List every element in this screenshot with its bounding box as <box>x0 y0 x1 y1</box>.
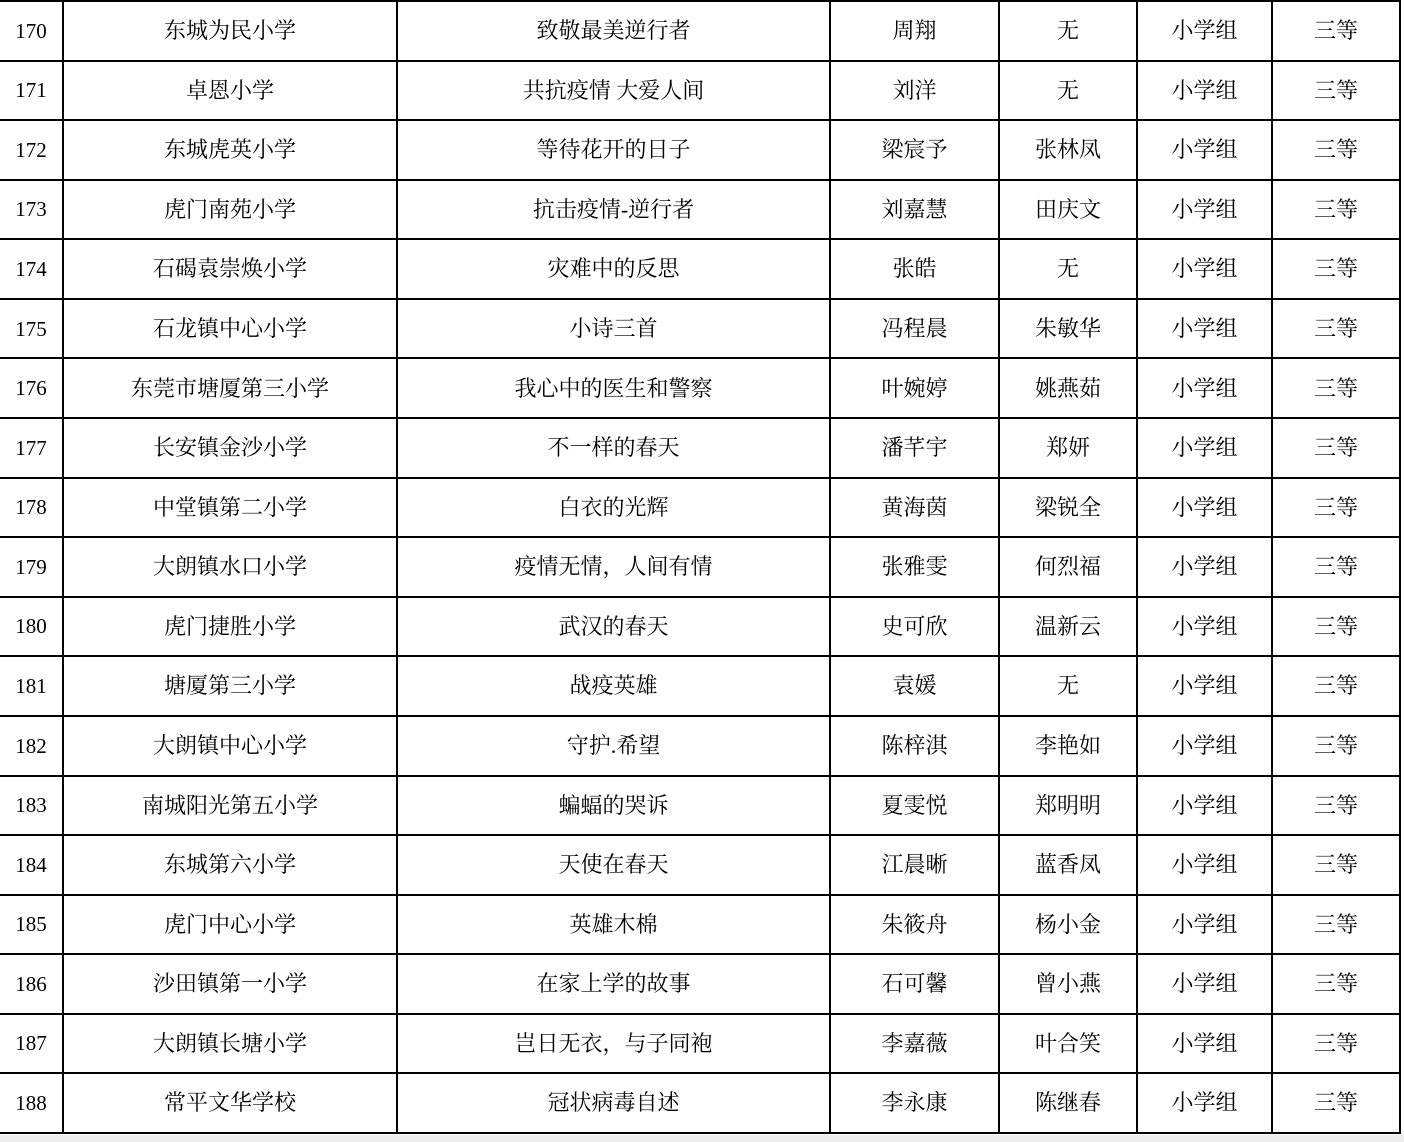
author-cell: 黄海茵 <box>830 478 999 538</box>
work-title-cell: 冠状病毒自述 <box>397 1073 830 1133</box>
award-cell: 三等 <box>1272 1 1400 61</box>
award-cell: 三等 <box>1272 954 1400 1014</box>
group-cell: 小学组 <box>1137 180 1272 240</box>
rank-number-cell: 170 <box>0 1 63 61</box>
table-row: 183 南城阳光第五小学 蝙蝠的哭诉 夏雯悦 郑明明 小学组 三等 <box>0 776 1400 836</box>
table-row: 170 东城为民小学 致敬最美逆行者 周翔 无 小学组 三等 <box>0 1 1400 61</box>
work-title-cell: 天使在春天 <box>397 835 830 895</box>
school-cell: 石碣袁崇焕小学 <box>63 239 397 299</box>
instructor-cell: 无 <box>999 61 1137 121</box>
rank-number-cell: 184 <box>0 835 63 895</box>
rank-number-cell: 179 <box>0 537 63 597</box>
document-sheet: 170 东城为民小学 致敬最美逆行者 周翔 无 小学组 三等 171 卓恩小学 … <box>0 0 1404 1142</box>
group-cell: 小学组 <box>1137 358 1272 418</box>
group-cell: 小学组 <box>1137 895 1272 955</box>
school-cell: 虎门南苑小学 <box>63 180 397 240</box>
award-cell: 三等 <box>1272 1073 1400 1133</box>
work-title-cell: 抗击疫情-逆行者 <box>397 180 830 240</box>
rank-number-cell: 174 <box>0 239 63 299</box>
award-cell: 三等 <box>1272 895 1400 955</box>
author-cell: 袁媛 <box>830 656 999 716</box>
instructor-cell: 张林凤 <box>999 120 1137 180</box>
work-title-cell: 在家上学的故事 <box>397 954 830 1014</box>
rank-number-cell: 178 <box>0 478 63 538</box>
work-title-cell: 疫情无情，人间有情 <box>397 537 830 597</box>
award-cell: 三等 <box>1272 716 1400 776</box>
author-cell: 李永康 <box>830 1073 999 1133</box>
author-cell: 叶婉婷 <box>830 358 999 418</box>
table-row: 178 中堂镇第二小学 白衣的光辉 黄海茵 梁锐全 小学组 三等 <box>0 478 1400 538</box>
group-cell: 小学组 <box>1137 418 1272 478</box>
school-cell: 虎门中心小学 <box>63 895 397 955</box>
work-title-cell: 共抗疫情 大爱人间 <box>397 61 830 121</box>
author-cell: 梁宸予 <box>830 120 999 180</box>
work-title-cell: 不一样的春天 <box>397 418 830 478</box>
table-row: 171 卓恩小学 共抗疫情 大爱人间 刘洋 无 小学组 三等 <box>0 61 1400 121</box>
rank-number-cell: 183 <box>0 776 63 836</box>
award-cell: 三等 <box>1272 418 1400 478</box>
school-cell: 中堂镇第二小学 <box>63 478 397 538</box>
work-title-cell: 战疫英雄 <box>397 656 830 716</box>
award-cell: 三等 <box>1272 61 1400 121</box>
group-cell: 小学组 <box>1137 1014 1272 1074</box>
group-cell: 小学组 <box>1137 1073 1272 1133</box>
instructor-cell: 田庆文 <box>999 180 1137 240</box>
rank-number-cell: 186 <box>0 954 63 1014</box>
instructor-cell: 李艳如 <box>999 716 1137 776</box>
rank-number-cell: 188 <box>0 1073 63 1133</box>
instructor-cell: 无 <box>999 239 1137 299</box>
author-cell: 周翔 <box>830 1 999 61</box>
author-cell: 冯程晨 <box>830 299 999 359</box>
author-cell: 张雅雯 <box>830 537 999 597</box>
award-cell: 三等 <box>1272 1014 1400 1074</box>
author-cell: 夏雯悦 <box>830 776 999 836</box>
group-cell: 小学组 <box>1137 120 1272 180</box>
instructor-cell: 朱敏华 <box>999 299 1137 359</box>
table-row: 177 长安镇金沙小学 不一样的春天 潘芊宇 郑妍 小学组 三等 <box>0 418 1400 478</box>
instructor-cell: 蓝香凤 <box>999 835 1137 895</box>
school-cell: 长安镇金沙小学 <box>63 418 397 478</box>
school-cell: 东城虎英小学 <box>63 120 397 180</box>
table-row: 174 石碣袁崇焕小学 灾难中的反思 张皓 无 小学组 三等 <box>0 239 1400 299</box>
group-cell: 小学组 <box>1137 537 1272 597</box>
group-cell: 小学组 <box>1137 597 1272 657</box>
instructor-cell: 郑妍 <box>999 418 1137 478</box>
instructor-cell: 杨小金 <box>999 895 1137 955</box>
instructor-cell: 姚燕茹 <box>999 358 1137 418</box>
school-cell: 石龙镇中心小学 <box>63 299 397 359</box>
instructor-cell: 梁锐全 <box>999 478 1137 538</box>
table-row: 188 常平文华学校 冠状病毒自述 李永康 陈继春 小学组 三等 <box>0 1073 1400 1133</box>
instructor-cell: 曾小燕 <box>999 954 1137 1014</box>
table-row: 176 东莞市塘厦第三小学 我心中的医生和警察 叶婉婷 姚燕茹 小学组 三等 <box>0 358 1400 418</box>
award-cell: 三等 <box>1272 776 1400 836</box>
work-title-cell: 小诗三首 <box>397 299 830 359</box>
instructor-cell: 郑明明 <box>999 776 1137 836</box>
work-title-cell: 我心中的医生和警察 <box>397 358 830 418</box>
rank-number-cell: 177 <box>0 418 63 478</box>
table-row: 180 虎门捷胜小学 武汉的春天 史可欣 温新云 小学组 三等 <box>0 597 1400 657</box>
awards-table-body: 170 东城为民小学 致敬最美逆行者 周翔 无 小学组 三等 171 卓恩小学 … <box>0 1 1400 1133</box>
work-title-cell: 岂日无衣，与子同袍 <box>397 1014 830 1074</box>
group-cell: 小学组 <box>1137 1 1272 61</box>
school-cell: 虎门捷胜小学 <box>63 597 397 657</box>
award-cell: 三等 <box>1272 120 1400 180</box>
table-row: 186 沙田镇第一小学 在家上学的故事 石可馨 曾小燕 小学组 三等 <box>0 954 1400 1014</box>
rank-number-cell: 173 <box>0 180 63 240</box>
work-title-cell: 蝙蝠的哭诉 <box>397 776 830 836</box>
instructor-cell: 叶合笑 <box>999 1014 1137 1074</box>
work-title-cell: 白衣的光辉 <box>397 478 830 538</box>
school-cell: 大朗镇中心小学 <box>63 716 397 776</box>
instructor-cell: 陈继春 <box>999 1073 1137 1133</box>
table-row: 181 塘厦第三小学 战疫英雄 袁媛 无 小学组 三等 <box>0 656 1400 716</box>
rank-number-cell: 185 <box>0 895 63 955</box>
school-cell: 塘厦第三小学 <box>63 656 397 716</box>
school-cell: 南城阳光第五小学 <box>63 776 397 836</box>
rank-number-cell: 171 <box>0 61 63 121</box>
work-title-cell: 武汉的春天 <box>397 597 830 657</box>
author-cell: 张皓 <box>830 239 999 299</box>
author-cell: 潘芊宇 <box>830 418 999 478</box>
author-cell: 朱筱舟 <box>830 895 999 955</box>
school-cell: 东城为民小学 <box>63 1 397 61</box>
school-cell: 东莞市塘厦第三小学 <box>63 358 397 418</box>
table-row: 175 石龙镇中心小学 小诗三首 冯程晨 朱敏华 小学组 三等 <box>0 299 1400 359</box>
table-row: 172 东城虎英小学 等待花开的日子 梁宸予 张林凤 小学组 三等 <box>0 120 1400 180</box>
school-cell: 常平文华学校 <box>63 1073 397 1133</box>
author-cell: 刘嘉慧 <box>830 180 999 240</box>
author-cell: 石可馨 <box>830 954 999 1014</box>
rank-number-cell: 182 <box>0 716 63 776</box>
rank-number-cell: 180 <box>0 597 63 657</box>
page-bottom-strip <box>0 1135 1404 1142</box>
school-cell: 大朗镇水口小学 <box>63 537 397 597</box>
work-title-cell: 等待花开的日子 <box>397 120 830 180</box>
award-cell: 三等 <box>1272 478 1400 538</box>
award-cell: 三等 <box>1272 358 1400 418</box>
award-cell: 三等 <box>1272 835 1400 895</box>
author-cell: 江晨晰 <box>830 835 999 895</box>
rank-number-cell: 181 <box>0 656 63 716</box>
author-cell: 史可欣 <box>830 597 999 657</box>
work-title-cell: 英雄木棉 <box>397 895 830 955</box>
table-row: 187 大朗镇长塘小学 岂日无衣，与子同袍 李嘉薇 叶合笑 小学组 三等 <box>0 1014 1400 1074</box>
instructor-cell: 无 <box>999 656 1137 716</box>
table-row: 173 虎门南苑小学 抗击疫情-逆行者 刘嘉慧 田庆文 小学组 三等 <box>0 180 1400 240</box>
group-cell: 小学组 <box>1137 656 1272 716</box>
rank-number-cell: 172 <box>0 120 63 180</box>
rank-number-cell: 187 <box>0 1014 63 1074</box>
instructor-cell: 何烈福 <box>999 537 1137 597</box>
group-cell: 小学组 <box>1137 61 1272 121</box>
table-row: 185 虎门中心小学 英雄木棉 朱筱舟 杨小金 小学组 三等 <box>0 895 1400 955</box>
award-cell: 三等 <box>1272 597 1400 657</box>
group-cell: 小学组 <box>1137 716 1272 776</box>
award-cell: 三等 <box>1272 656 1400 716</box>
award-cell: 三等 <box>1272 239 1400 299</box>
award-cell: 三等 <box>1272 299 1400 359</box>
author-cell: 李嘉薇 <box>830 1014 999 1074</box>
instructor-cell: 温新云 <box>999 597 1137 657</box>
instructor-cell: 无 <box>999 1 1137 61</box>
work-title-cell: 守护.希望 <box>397 716 830 776</box>
group-cell: 小学组 <box>1137 299 1272 359</box>
award-cell: 三等 <box>1272 180 1400 240</box>
school-cell: 卓恩小学 <box>63 61 397 121</box>
table-row: 184 东城第六小学 天使在春天 江晨晰 蓝香凤 小学组 三等 <box>0 835 1400 895</box>
work-title-cell: 灾难中的反思 <box>397 239 830 299</box>
school-cell: 大朗镇长塘小学 <box>63 1014 397 1074</box>
author-cell: 刘洋 <box>830 61 999 121</box>
award-cell: 三等 <box>1272 537 1400 597</box>
rank-number-cell: 175 <box>0 299 63 359</box>
awards-table: 170 东城为民小学 致敬最美逆行者 周翔 无 小学组 三等 171 卓恩小学 … <box>0 0 1401 1134</box>
group-cell: 小学组 <box>1137 776 1272 836</box>
rank-number-cell: 176 <box>0 358 63 418</box>
group-cell: 小学组 <box>1137 954 1272 1014</box>
group-cell: 小学组 <box>1137 239 1272 299</box>
table-row: 179 大朗镇水口小学 疫情无情，人间有情 张雅雯 何烈福 小学组 三等 <box>0 537 1400 597</box>
group-cell: 小学组 <box>1137 835 1272 895</box>
work-title-cell: 致敬最美逆行者 <box>397 1 830 61</box>
author-cell: 陈梓淇 <box>830 716 999 776</box>
table-row: 182 大朗镇中心小学 守护.希望 陈梓淇 李艳如 小学组 三等 <box>0 716 1400 776</box>
school-cell: 沙田镇第一小学 <box>63 954 397 1014</box>
school-cell: 东城第六小学 <box>63 835 397 895</box>
group-cell: 小学组 <box>1137 478 1272 538</box>
